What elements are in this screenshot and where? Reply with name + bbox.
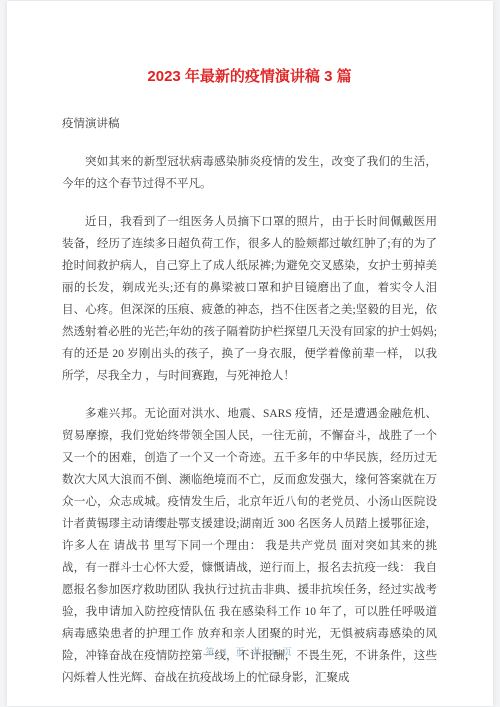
document-subtitle: 疫情演讲稿	[62, 113, 437, 135]
paragraph-medical-workers: 近日，我看到了一组医务人员摘下口罩的照片，由于长时间佩戴医用装备，经历了连续多日…	[62, 211, 437, 387]
document-viewer: 2023 年最新的疫情演讲稿 3 篇 疫情演讲稿 突如其来的新型冠状病毒感染肺炎…	[0, 0, 500, 707]
page-number-footer: 第 1 页 共 4 页	[7, 645, 493, 658]
document-page: 2023 年最新的疫情演讲稿 3 篇 疫情演讲稿 突如其来的新型冠状病毒感染肺炎…	[7, 1, 493, 706]
document-title: 2023 年最新的疫情演讲稿 3 篇	[62, 65, 437, 89]
paragraph-intro: 突如其来的新型冠状病毒感染肺炎疫情的发生，改变了我们的生活，今年的这个春节过得不…	[62, 151, 437, 195]
